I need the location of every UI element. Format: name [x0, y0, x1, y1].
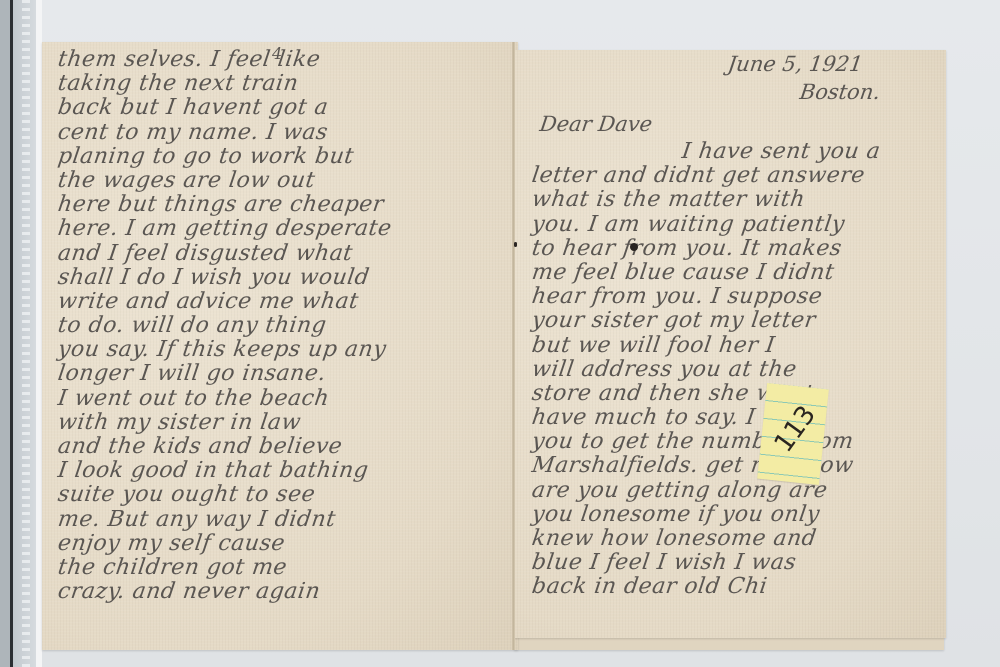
- ink-mark: [514, 242, 517, 247]
- text-line: are you getting along are: [530, 479, 882, 503]
- ink-blot: [630, 243, 638, 251]
- text-line: here but things are cheaper: [56, 193, 509, 217]
- text-line: blue I feel I wish I was: [530, 551, 882, 575]
- text-line: I went out to the beach: [56, 387, 509, 411]
- text-line: but we will fool her I: [530, 334, 882, 358]
- text-line: me feel blue cause I didnt: [530, 261, 882, 285]
- text-line: longer I will go insane.: [56, 362, 509, 386]
- text-line: back but I havent got a: [56, 96, 509, 120]
- letter-greeting: Dear Dave: [538, 112, 654, 136]
- text-line: taking the next train: [56, 72, 509, 96]
- text-line: Marshalfields. get me. How: [530, 454, 882, 478]
- text-line: shall I do I wish you would: [56, 266, 509, 290]
- text-line: and the kids and believe: [56, 435, 509, 459]
- text-line: the wages are low out: [56, 169, 509, 193]
- text-line: enjoy my self cause: [56, 532, 509, 556]
- letter-date: June 5, 1921: [726, 52, 864, 76]
- text-line: store and then she wont: [530, 382, 882, 406]
- text-line: I have sent you a: [530, 140, 882, 164]
- text-line: will address you at the: [530, 358, 882, 382]
- background-strip: [0, 0, 10, 667]
- text-line: suite you ought to see: [56, 483, 509, 507]
- text-line: you lonesome if you only: [530, 503, 882, 527]
- text-line: you to get the number from: [530, 430, 882, 454]
- text-line: here. I am getting desperate: [56, 217, 509, 241]
- text-line: write and advice me what: [56, 290, 509, 314]
- page-fold: [512, 42, 515, 650]
- text-line: you. I am waiting patiently: [530, 213, 882, 237]
- ruler-edge: [10, 0, 13, 667]
- text-line: letter and didnt get answere: [530, 164, 882, 188]
- right-page-text: I have sent you a letter and didnt get a…: [532, 140, 880, 600]
- text-line: to do. will do any thing: [56, 314, 509, 338]
- text-line: back in dear old Chi: [530, 575, 882, 599]
- text-line: with my sister in law: [56, 411, 509, 435]
- text-line: them selves. I feel like: [56, 48, 509, 72]
- text-line: planing to go to work but: [56, 145, 509, 169]
- text-line: what is the matter with: [530, 188, 882, 212]
- text-line: have much to say. I want: [530, 406, 882, 430]
- text-line: your sister got my letter: [530, 309, 882, 333]
- letter-place: Boston.: [798, 80, 882, 104]
- text-line: and I feel disgusted what: [56, 242, 509, 266]
- text-line: you say. If this keeps up any: [56, 338, 509, 362]
- sticky-note-label: 113: [757, 383, 829, 485]
- text-line: the children got me: [56, 556, 509, 580]
- text-line: cent to my name. I was: [56, 121, 509, 145]
- text-line: me. But any way I didnt: [56, 508, 509, 532]
- text-line: to hear from you. It makes: [530, 237, 882, 261]
- ruler-ticks: [22, 0, 30, 667]
- text-line: crazy. and never again: [56, 580, 509, 604]
- text-line: I look good in that bathing: [56, 459, 509, 483]
- sticky-note-number: 113: [769, 400, 822, 458]
- text-line: knew how lonesome and: [530, 527, 882, 551]
- text-line: hear from you. I suppose: [530, 285, 882, 309]
- left-page-text: them selves. I feel like taking the next…: [58, 48, 508, 604]
